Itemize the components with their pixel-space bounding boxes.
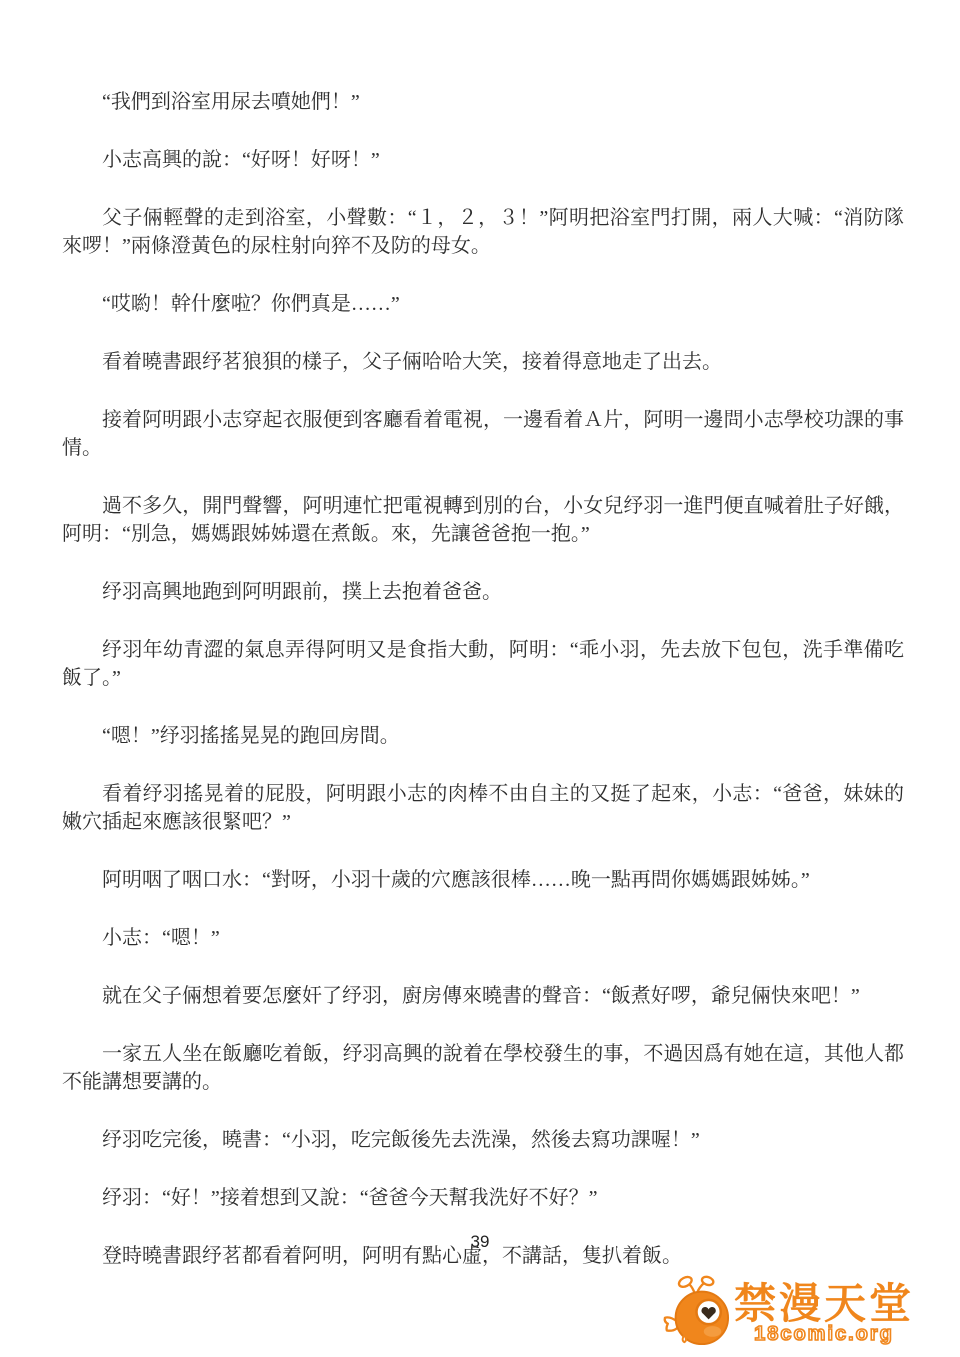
paragraph: 看着纾羽搖晃着的屁股，阿明跟小志的肉棒不由自主的又挺了起來，小志：“爸爸，妹妹的… (62, 780, 904, 836)
paragraph: “嗯！”纾羽搖搖晃晃的跑回房間。 (62, 722, 904, 750)
paragraph: 看着曉書跟纾茗狼狽的樣子，父子倆哈哈大笑，接着得意地走了出去。 (62, 348, 904, 376)
paragraph: 一家五人坐在飯廳吃着飯，纾羽高興的說着在學校發生的事，不過因爲有她在這，其他人都… (62, 1040, 904, 1096)
paragraph: “我們到浴室用尿去噴她們！” (62, 88, 904, 116)
paragraph: 小志：“嗯！” (62, 924, 904, 952)
brand-name: 禁漫天堂 (734, 1282, 914, 1326)
paragraph: 過不多久，開門聲響，阿明連忙把電視轉到別的台，小女兒纾羽一進門便直喊着肚子好餓，… (62, 492, 904, 548)
paragraph: 父子倆輕聲的走到浴室，小聲數：“１，２，３！”阿明把浴室門打開，兩人大喊：“消防… (62, 204, 904, 260)
paragraph: 纾羽高興地跑到阿明跟前，撲上去抱着爸爸。 (62, 578, 904, 606)
mascot-logo-icon (662, 1275, 730, 1351)
document-page: “我們到浴室用尿去噴她們！” 小志高興的說：“好呀！好呀！” 父子倆輕聲的走到浴… (0, 0, 960, 1357)
paragraph: 纾羽：“好！”接着想到又說：“爸爸今天幫我洗好不好？” (62, 1184, 904, 1212)
brand-site-url: 18comic.org (754, 1323, 894, 1345)
page-number: 39 (0, 1230, 960, 1254)
paragraph: 阿明咽了咽口水：“對呀，小羽十歲的穴應該很棒……晚一點再問你媽媽跟姊姊。” (62, 866, 904, 894)
paragraph: “哎喲！幹什麼啦？你們真是……” (62, 290, 904, 318)
paragraph: 纾羽吃完後，曉書：“小羽，吃完飯後先去洗澡，然後去寫功課喔！” (62, 1126, 904, 1154)
paragraph: 就在父子倆想着要怎麼奸了纾羽，廚房傳來曉書的聲音：“飯煮好啰，爺兒倆快來吧！” (62, 982, 904, 1010)
paragraph: 接着阿明跟小志穿起衣服便到客廳看着電視，一邊看着Ａ片，阿明一邊問小志學校功課的事… (62, 406, 904, 462)
site-watermark: 禁漫天堂 18comic.org (662, 1275, 914, 1351)
paragraph: 纾羽年幼青澀的氣息弄得阿明又是食指大動，阿明：“乖小羽，先去放下包包，洗手準備吃… (62, 636, 904, 692)
story-text-block: “我們到浴室用尿去噴她們！” 小志高興的說：“好呀！好呀！” 父子倆輕聲的走到浴… (62, 88, 904, 1300)
paragraph: 小志高興的說：“好呀！好呀！” (62, 146, 904, 174)
watermark-text: 禁漫天堂 18comic.org (734, 1282, 914, 1345)
